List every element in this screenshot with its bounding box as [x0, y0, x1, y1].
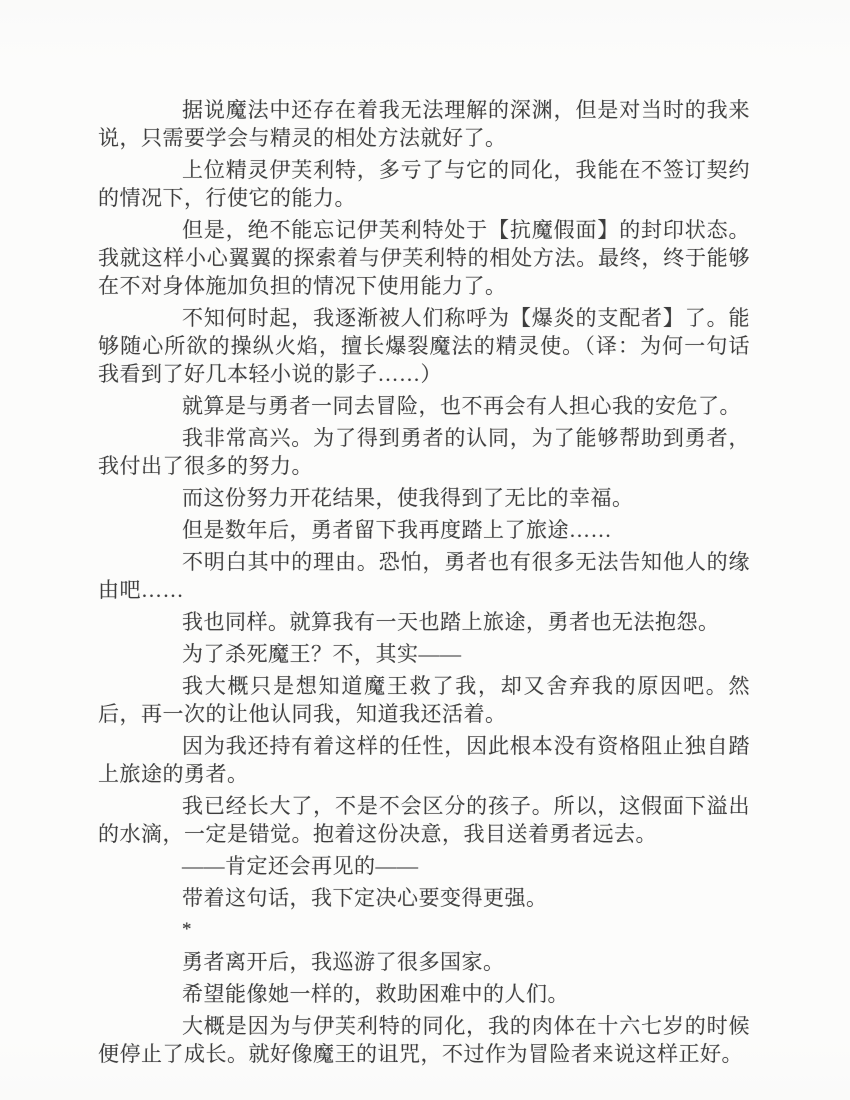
- paragraph: 但是，绝不能忘记伊芙利特处于【抗魔假面】的封印状态。我就这样小心翼翼的探索着与伊…: [98, 216, 750, 300]
- paragraph: 我已经长大了，不是不会区分的孩子。所以，这假面下溢出的水滴，一定是错觉。抱着这份…: [98, 792, 750, 848]
- text-body: 据说魔法中还存在着我无法理解的深渊，但是对当时的我来说，只需要学会与精灵的相处方…: [98, 96, 750, 1072]
- paragraph: 不明白其中的理由。恐怕，勇者也有很多无法告知他人的缘由吧……: [98, 548, 750, 604]
- paragraph: 希望能像她一样的，救助困难中的人们。: [98, 980, 750, 1008]
- paragraph: 不知何时起，我逐渐被人们称呼为【爆炎的支配者】了。能够随心所欲的操纵火焰，擅长爆…: [98, 304, 750, 388]
- paragraph: 大概是因为与伊芙利特的同化，我的肉体在十六七岁的时候便停止了成长。就好像魔王的诅…: [98, 1012, 750, 1068]
- paragraph: 带着这句话，我下定决心要变得更强。: [98, 884, 750, 912]
- paragraph: ——肯定还会再见的——: [98, 852, 750, 880]
- paragraph: 据说魔法中还存在着我无法理解的深渊，但是对当时的我来说，只需要学会与精灵的相处方…: [98, 96, 750, 152]
- document-page: 据说魔法中还存在着我无法理解的深渊，但是对当时的我来说，只需要学会与精灵的相处方…: [0, 0, 850, 1100]
- paragraph: 但是数年后，勇者留下我再度踏上了旅途……: [98, 516, 750, 544]
- paragraph: 上位精灵伊芙利特，多亏了与它的同化，我能在不签订契约的情况下，行使它的能力。: [98, 156, 750, 212]
- paragraph: 勇者离开后，我巡游了很多国家。: [98, 948, 750, 976]
- paragraph: 我大概只是想知道魔王救了我，却又舍弃我的原因吧。然后，再一次的让他认同我，知道我…: [98, 672, 750, 728]
- paragraph: 我非常高兴。为了得到勇者的认同，为了能够帮助到勇者，我付出了很多的努力。: [98, 424, 750, 480]
- paragraph: 我也同样。就算我有一天也踏上旅途，勇者也无法抱怨。: [98, 608, 750, 636]
- paragraph: 因为我还持有着这样的任性，因此根本没有资格阻止独自踏上旅途的勇者。: [98, 732, 750, 788]
- section-break-asterisk: *: [98, 916, 750, 944]
- paragraph: 就算是与勇者一同去冒险，也不再会有人担心我的安危了。: [98, 392, 750, 420]
- paragraph: 而这份努力开花结果，使我得到了无比的幸福。: [98, 484, 750, 512]
- paragraph: 为了杀死魔王？不，其实——: [98, 640, 750, 668]
